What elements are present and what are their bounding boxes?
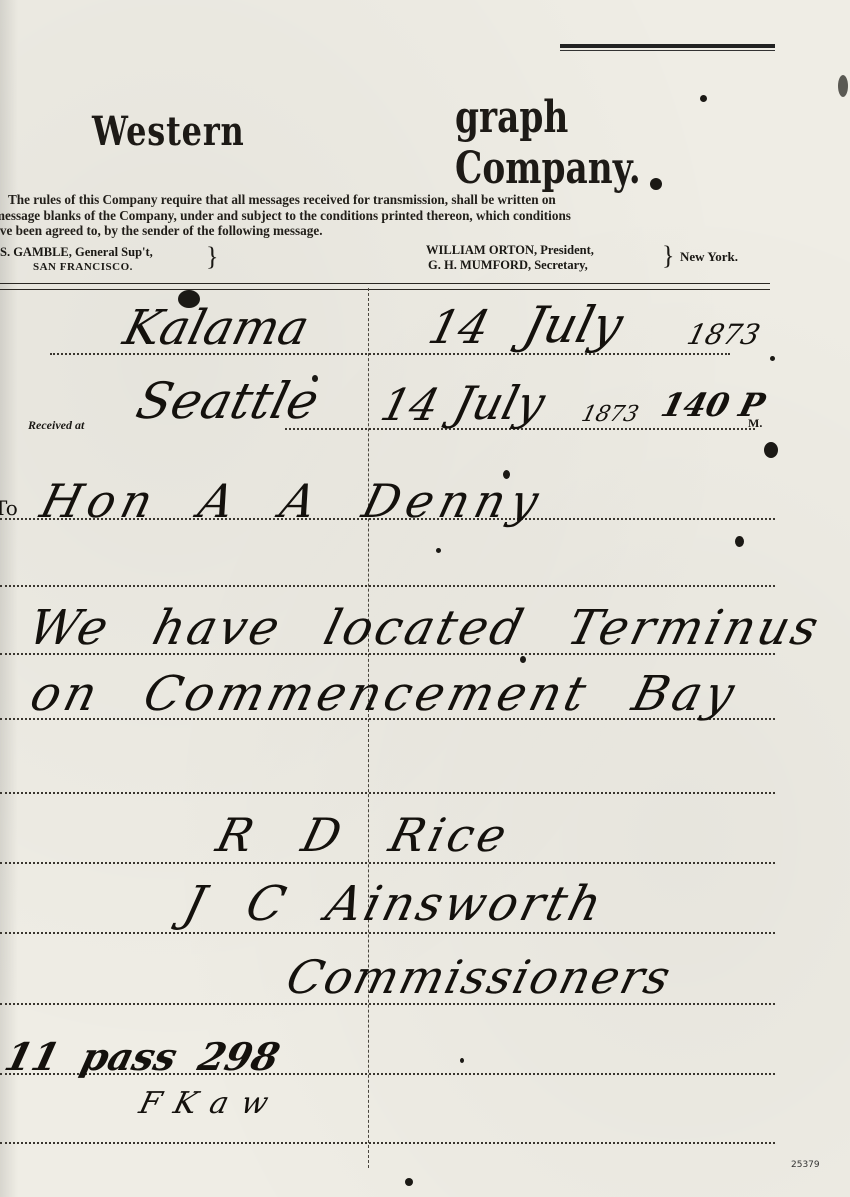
- ink-stain: [700, 95, 707, 102]
- form-divider: [0, 283, 770, 284]
- signature-rice: R D Rice: [211, 808, 516, 862]
- officer-east-city: New York.: [680, 249, 738, 265]
- ink-stain: [650, 178, 662, 190]
- column-guide: [368, 288, 369, 1168]
- brace-right: }: [662, 243, 674, 269]
- ink-stain: [312, 375, 318, 382]
- rules-line: The rules of this Company require that a…: [0, 192, 790, 208]
- officer-west: S. GAMBLE, General Sup't, SAN FRANCISCO.: [0, 245, 153, 275]
- header-rule: [560, 44, 775, 48]
- header-rule-thin: [560, 50, 775, 51]
- ink-stain: [436, 548, 441, 553]
- operator-initials: F K a w: [136, 1086, 274, 1121]
- received-label: Received at: [28, 418, 84, 433]
- ink-stain: [764, 442, 778, 458]
- message-line-1: We have located Terminus: [23, 600, 827, 656]
- officer-west-city: SAN FRANCISCO.: [0, 260, 153, 275]
- ruled-line: [0, 792, 775, 794]
- archive-number: 25379: [791, 1160, 820, 1170]
- officer-west-name: S. GAMBLE, General Sup't,: [0, 245, 153, 260]
- ink-stain: [735, 536, 744, 547]
- received-month: July: [448, 376, 550, 430]
- company-title-left: Western: [92, 108, 245, 155]
- brace-left: }: [206, 244, 218, 270]
- ruled-line: [0, 585, 775, 587]
- ink-stain: [770, 356, 775, 361]
- signature-title: Commissioners: [281, 950, 677, 1004]
- received-place: Seattle: [131, 372, 325, 430]
- ink-stain: [838, 75, 848, 97]
- received-meridiem: M.: [748, 416, 762, 431]
- company-title-right: graph Company.: [455, 92, 763, 194]
- form-divider: [0, 289, 770, 290]
- ink-stain: [503, 470, 510, 479]
- recipient-name: Hon A A Denny: [35, 474, 550, 528]
- telegram-document: Western graph Company. The rules of this…: [0, 0, 850, 1197]
- rules-line: have been agreed to, by the sender of th…: [0, 223, 790, 239]
- rules-line: message blanks of the Company, under and…: [0, 208, 790, 224]
- to-prefix: To: [0, 496, 18, 520]
- ink-stain: [405, 1178, 413, 1186]
- ink-stain: [460, 1058, 464, 1063]
- origin-day: 14: [423, 300, 495, 354]
- signature-ainsworth: J C Ainsworth: [178, 876, 610, 932]
- received-day: 14: [376, 380, 445, 431]
- signature-dotted-line: [0, 862, 775, 864]
- officer-president: WILLIAM ORTON, President,: [426, 243, 594, 258]
- origin-place: Kalama: [118, 300, 315, 356]
- origin-year: 1873: [684, 318, 763, 351]
- ink-stain: [178, 290, 200, 308]
- ink-stain: [520, 656, 526, 663]
- officer-east: WILLIAM ORTON, President, G. H. MUMFORD,…: [426, 243, 594, 273]
- origin-month: July: [518, 296, 629, 354]
- officer-secretary: G. H. MUMFORD, Secretary,: [426, 258, 594, 273]
- signature-dotted-line: [0, 932, 775, 934]
- received-year: 1873: [579, 402, 641, 427]
- word-count-notation: 11 pass 298: [0, 1034, 284, 1079]
- ruled-line: [0, 1142, 775, 1144]
- message-line-2: on Commencement Bay: [25, 666, 744, 722]
- company-rules-notice: The rules of this Company require that a…: [0, 192, 790, 239]
